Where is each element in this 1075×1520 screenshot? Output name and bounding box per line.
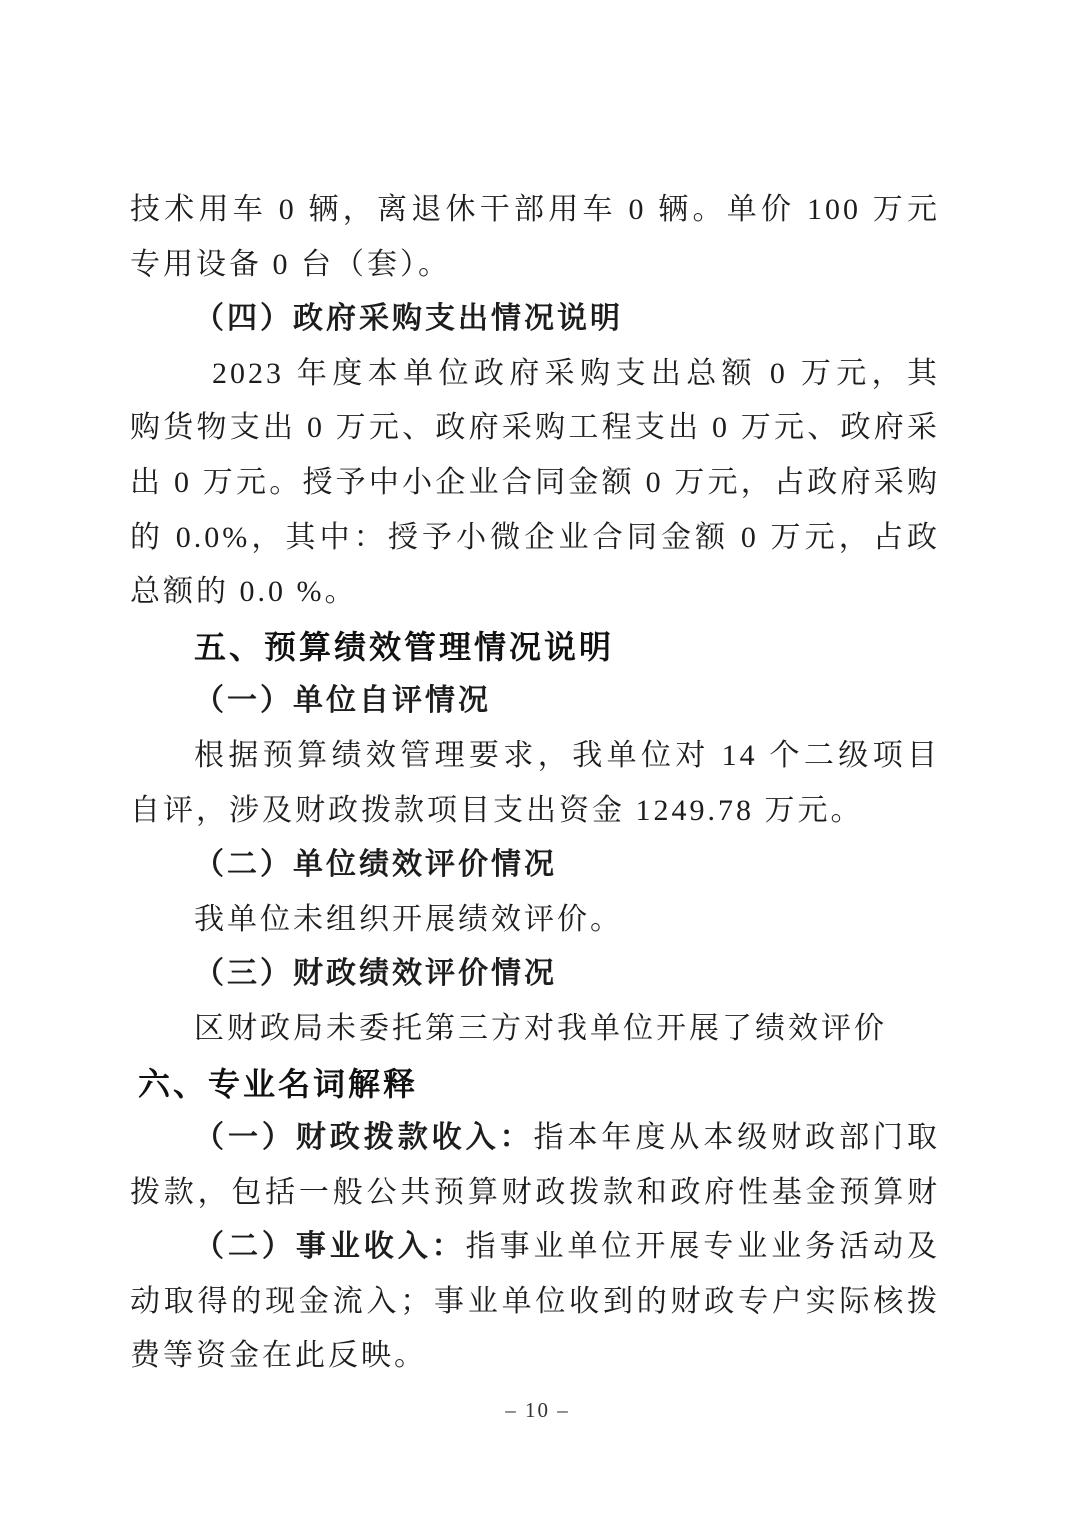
term-label: （一）财政拨款收入： — [194, 1121, 534, 1154]
paragraph-line: 费等资金在此反映。 — [130, 1329, 940, 1384]
paragraph-line: 拨款，包括一般公共预算财政拨款和政府性基金预算财政拨款。 — [130, 1166, 940, 1221]
section-heading: 五、预算绩效管理情况说明 — [130, 620, 940, 675]
paragraph-line: 购货物支出 0 万元、政府采购工程支出 0 万元、政府采购服务支 — [130, 401, 940, 456]
subsection-heading: （四）政府采购支出情况说明 — [130, 292, 940, 347]
subsection-heading: （三）财政绩效评价情况 — [130, 947, 940, 1002]
paragraph-line: 专用设备 0 台（套）。 — [130, 238, 940, 293]
paragraph-line: 根据预算绩效管理要求，我单位对 14 个二级项目开展了绩效 — [130, 729, 940, 784]
paragraph-line: 我单位未组织开展绩效评价。 — [130, 893, 940, 948]
paragraph-line: 区财政局未委托第三方对我单位开展了绩效评价 — [130, 1002, 940, 1057]
paragraph-line: （二）事业收入：指事业单位开展专业业务活动及其辅助活 — [130, 1220, 940, 1275]
paragraph-line: 总额的 0.0 %。 — [130, 565, 940, 620]
paragraph-line: 的 0.0%，其中：授予小微企业合同金额 0 万元，占政府采购支出 — [130, 511, 940, 566]
paragraph-line: （一）财政拨款收入：指本年度从本级财政部门取得的财政 — [130, 1111, 940, 1166]
section-heading: 六、专业名词解释 — [130, 1057, 940, 1112]
term-label: （二）事业收入： — [194, 1230, 466, 1263]
paragraph-line: 出 0 万元。授予中小企业合同金额 0 万元，占政府采购支出总额 — [130, 456, 940, 511]
paragraph-line: 2023 年度本单位政府采购支出总额 0 万元，其中：政府采 — [130, 347, 940, 402]
paragraph-line: 技术用车 0 辆，离退休干部用车 0 辆。单价 100 万元（含）以上 — [130, 183, 940, 238]
paragraph-line: 自评，涉及财政拨款项目支出资金 1249.78 万元。 — [130, 784, 940, 839]
document-body: 技术用车 0 辆，离退休干部用车 0 辆。单价 100 万元（含）以上 专用设备… — [130, 183, 940, 1384]
page-number: – 10 – — [0, 1398, 1075, 1423]
document-page: 技术用车 0 辆，离退休干部用车 0 辆。单价 100 万元（含）以上 专用设备… — [0, 0, 1075, 1520]
subsection-heading: （一）单位自评情况 — [130, 674, 940, 729]
paragraph-line: 动取得的现金流入；事业单位收到的财政专户实际核拨的教育收 — [130, 1275, 940, 1330]
subsection-heading: （二）单位绩效评价情况 — [130, 838, 940, 893]
